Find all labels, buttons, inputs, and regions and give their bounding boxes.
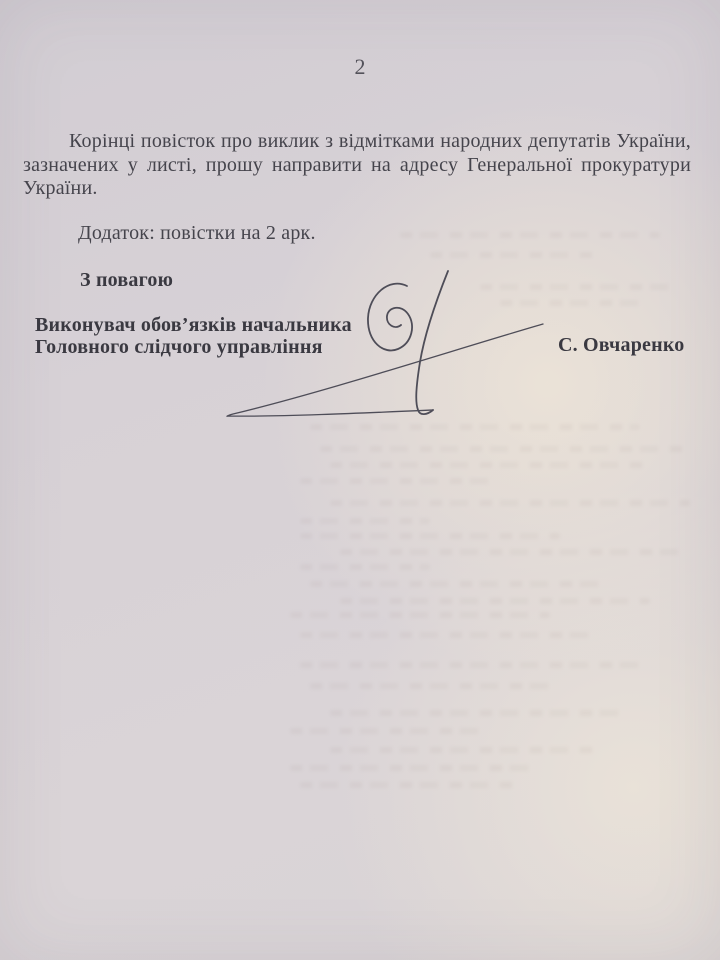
bleedthrough-row — [400, 232, 660, 238]
bleedthrough-row — [330, 710, 620, 716]
attachment-line: Додаток: повістки на 2 арк. — [78, 222, 316, 245]
bleedthrough-row — [300, 533, 560, 539]
bleedthrough-row — [330, 747, 600, 753]
bleedthrough-row — [290, 765, 540, 771]
bleedthrough-row — [310, 683, 550, 689]
bleedthrough-row — [300, 564, 430, 570]
salutation: З повагою — [80, 269, 173, 292]
scanned-document-page: 2 Корінці повісток про виклик з відмітка… — [0, 0, 720, 960]
page-number: 2 — [340, 54, 380, 80]
bleedthrough-row — [330, 500, 690, 506]
bleedthrough-row — [300, 478, 500, 484]
bleedthrough-row — [300, 518, 430, 524]
handwritten-signature — [205, 252, 565, 432]
signer-name: С. Овчаренко — [558, 334, 685, 357]
bleedthrough-row — [290, 728, 490, 734]
bleedthrough-row — [290, 612, 550, 618]
bleedthrough-row — [300, 662, 650, 668]
bleedthrough-row — [310, 581, 600, 587]
paragraph-line: зазначених у листі, прошу направити на а… — [23, 154, 691, 178]
bleedthrough-row — [330, 462, 650, 468]
bleedthrough-row — [340, 549, 690, 555]
bleedthrough-row — [300, 782, 520, 788]
body-paragraph: Корінці повісток про виклик з відмітками… — [23, 130, 691, 201]
paragraph-line: України. — [23, 177, 691, 201]
bleedthrough-row — [340, 598, 650, 604]
paragraph-line: Корінці повісток про виклик з відмітками… — [23, 130, 691, 154]
bleedthrough-row — [320, 446, 690, 452]
bleedthrough-row — [300, 632, 600, 638]
